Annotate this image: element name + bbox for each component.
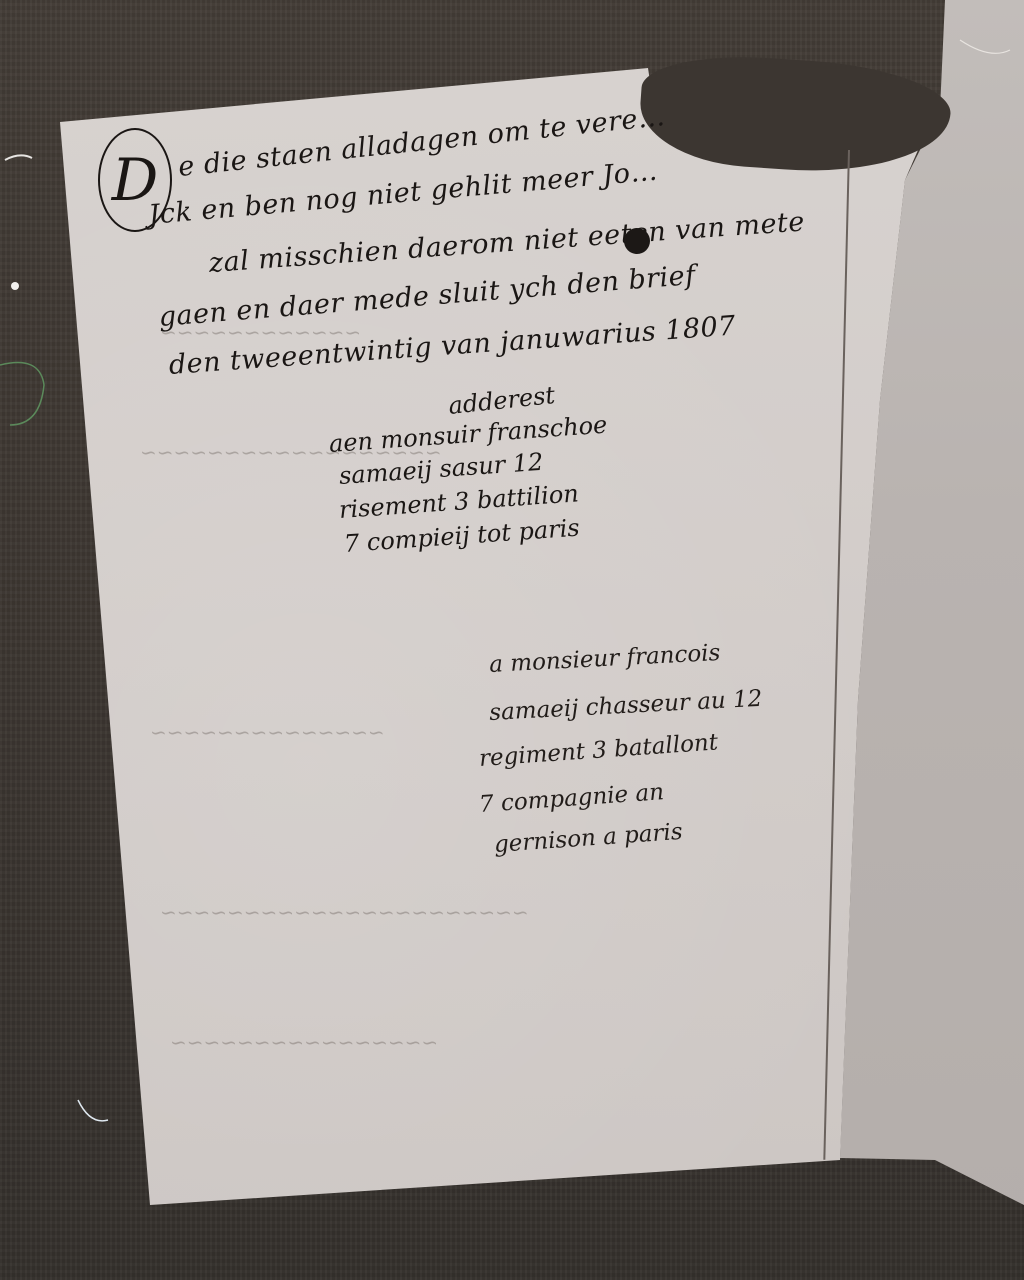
photo-scratches	[0, 0, 1024, 1280]
